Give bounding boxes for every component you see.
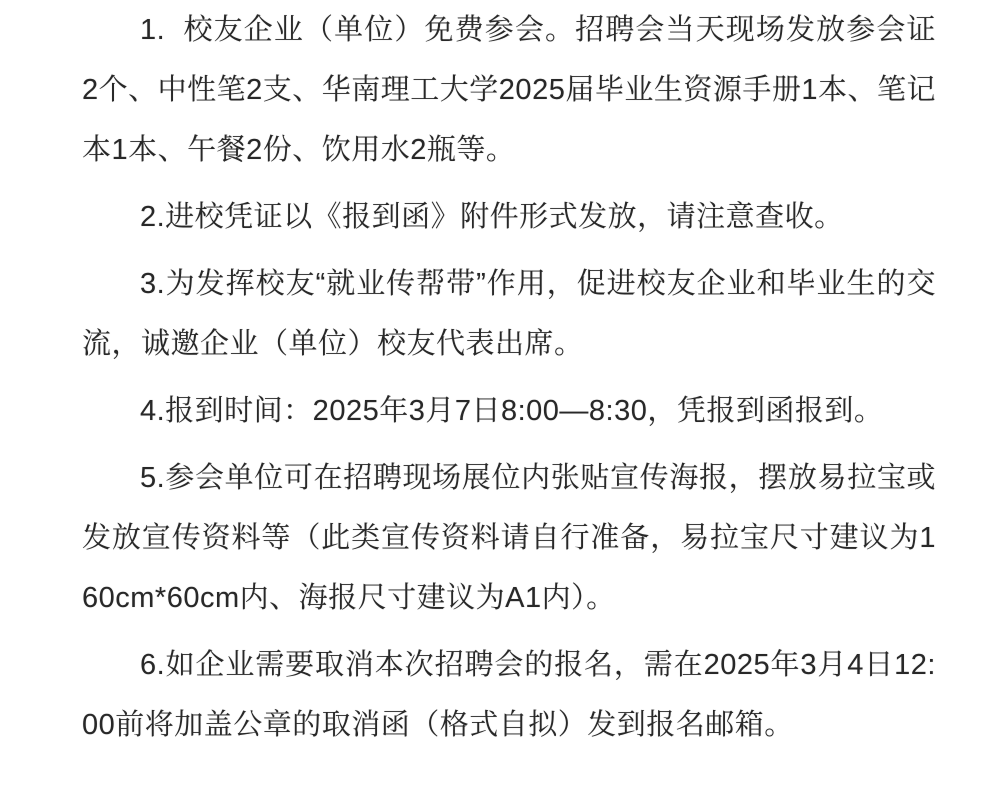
- notice-paragraph-4: 4.报到时间：2025年3月7日8:00—8:30，凭报到函报到。: [82, 381, 936, 441]
- notice-paragraph-1: 1. 校友企业（单位）免费参会。招聘会当天现场发放参会证2个、中性笔2支、华南理…: [82, 0, 936, 180]
- notice-paragraph-5: 5.参会单位可在招聘现场展位内张贴宣传海报，摆放易拉宝或发放宣传资料等（此类宣传…: [82, 448, 936, 628]
- document-body: 1. 校友企业（单位）免费参会。招聘会当天现场发放参会证2个、中性笔2支、华南理…: [0, 0, 1002, 755]
- notice-paragraph-6: 6.如企业需要取消本次招聘会的报名，需在2025年3月4日12:00前将加盖公章…: [82, 635, 936, 755]
- notice-paragraph-2: 2.进校凭证以《报到函》附件形式发放，请注意查收。: [82, 187, 936, 247]
- notice-paragraph-3: 3.为发挥校友“就业传帮带”作用，促进校友企业和毕业生的交流，诚邀企业（单位）校…: [82, 254, 936, 374]
- page: { "page": { "background_color": "#ffffff…: [0, 0, 1002, 796]
